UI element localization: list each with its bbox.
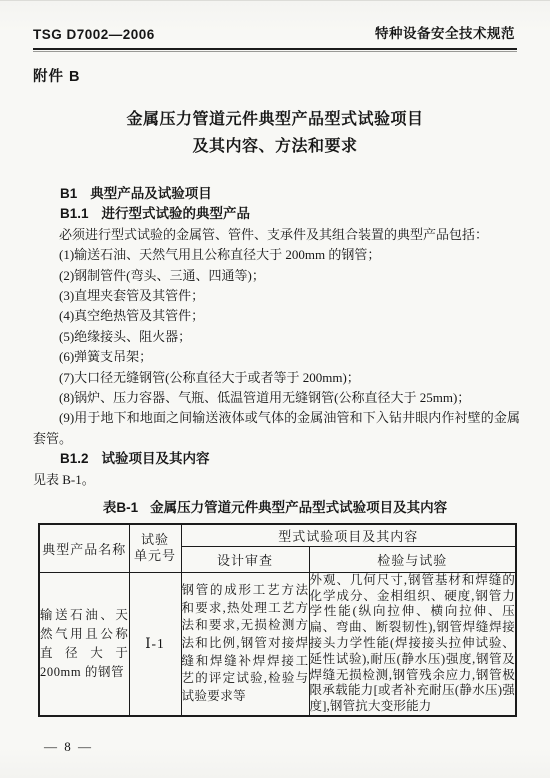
- attachment-label: 附件 B: [33, 65, 550, 86]
- section-heading-b1-1: B1.1进行型式试验的典型产品: [33, 204, 520, 224]
- document-page: TSG D7002—2006 特种设备安全技术规范 附件 B 金属压力管道元件典…: [0, 0, 550, 778]
- header-rule-shadow: [33, 51, 517, 52]
- design-review-cell: 钢管的成形工艺方法和要求,热处理工艺方法和要求,无损检测方法和比例,钢管对接焊缝…: [181, 572, 309, 716]
- table-caption-label: 表B-1: [103, 500, 138, 515]
- running-header: TSG D7002—2006 特种设备安全技术规范: [0, 1, 550, 42]
- test-unit-header: 试验 单元号: [129, 524, 181, 572]
- section-title: 试验项目及其内容: [102, 451, 210, 466]
- document-title-line1: 金属压力管道元件典型产品型式试验项目: [0, 106, 550, 133]
- body-text: B1典型产品及试验项目 B1.1进行型式试验的典型产品 必须进行型式试验的金属管…: [33, 184, 520, 490]
- section-number: B1.1: [60, 206, 89, 221]
- table-caption-text: 金属压力管道元件典型产品型式试验项目及其内容: [150, 500, 447, 515]
- section-number: B1.2: [60, 451, 89, 466]
- header-rule: [33, 48, 517, 50]
- list-item-6: (6)弹簧支吊架；: [33, 347, 520, 367]
- product-name-header: 典型产品名称: [39, 524, 129, 572]
- test-unit-cell: Ⅰ-1: [129, 572, 181, 716]
- section-title: 进行型式试验的典型产品: [102, 206, 251, 221]
- document-title-line2: 及其内容、方法和要求: [0, 133, 550, 160]
- document-title: 金属压力管道元件典型产品型式试验项目 及其内容、方法和要求: [0, 106, 550, 160]
- test-items-group-header: 型式试验项目及其内容: [181, 524, 516, 546]
- section-title: 典型产品及试验项目: [90, 186, 212, 201]
- see-table-note: 见表 B-1。: [33, 470, 520, 490]
- list-item-1: (1)输送石油、天然气用且公称直径大于 200mm 的钢管；: [33, 245, 520, 265]
- list-item-8: (8)锅炉、压力容器、气瓶、低温管道用无缝钢管(公称直径大于 25mm)；: [33, 388, 520, 408]
- test-unit-header-line1: 试验: [130, 532, 181, 548]
- section-heading-b1: B1典型产品及试验项目: [33, 184, 520, 204]
- spec-name: 特种设备安全技术规范: [375, 22, 515, 42]
- test-unit-header-line2: 单元号: [130, 548, 181, 564]
- inspection-test-cell: 外观、几何尺寸,钢管基材和焊缝的化学成分、金相组织、硬度,钢管力学性能(纵向拉伸…: [309, 572, 516, 716]
- table-row: 输送石油、天然气用且公称直径大于 200mm 的钢管 Ⅰ-1 钢管的成形工艺方法…: [39, 572, 516, 716]
- list-item-4: (4)真空绝热管及其管件；: [33, 306, 520, 326]
- design-review-header: 设计审查: [181, 546, 309, 572]
- list-item-5: (5)绝缘接头、阻火器；: [33, 327, 520, 347]
- doc-code: TSG D7002—2006: [33, 27, 155, 42]
- product-name-cell: 输送石油、天然气用且公称直径大于 200mm 的钢管: [39, 572, 129, 716]
- product-list-intro: 必须进行型式试验的金属管、管件、支承件及其组合装置的典型产品包括：: [33, 225, 520, 245]
- list-item-2: (2)钢制管件(弯头、三通、四通等)；: [33, 266, 520, 286]
- typical-products-table: 典型产品名称 试验 单元号 型式试验项目及其内容 设计审查 检验与试验 输送石油…: [38, 523, 517, 717]
- section-number: B1: [60, 186, 77, 201]
- list-item-7: (7)大口径无缝钢管(公称直径大于或者等于 200mm)；: [33, 368, 520, 388]
- inspection-test-header: 检验与试验: [309, 546, 516, 572]
- section-heading-b1-2: B1.2试验项目及其内容: [33, 449, 520, 469]
- list-item-3: (3)直埋夹套管及其管件；: [33, 286, 520, 306]
- table-caption: 表B-1金属压力管道元件典型产品型式试验项目及其内容: [0, 496, 550, 516]
- list-item-9: (9)用于地下和地面之间输送液体或气体的金属油管和下入钻井眼内作衬壁的金属套管。: [33, 408, 520, 449]
- page-number: — 8 —: [44, 739, 93, 755]
